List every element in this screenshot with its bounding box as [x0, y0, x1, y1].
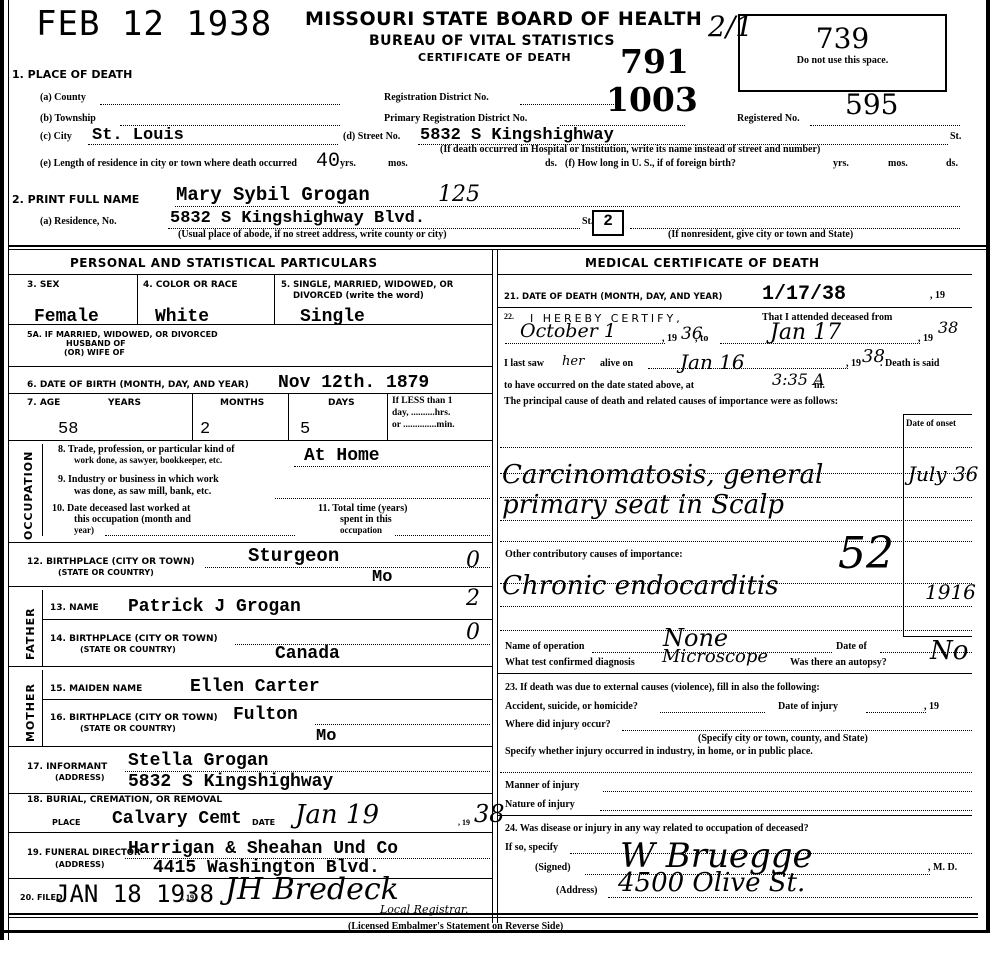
md-label: , M. D.	[928, 862, 957, 873]
residence-value: 5832 S Kingshighway Blvd.	[170, 209, 425, 228]
alive-on-field[interactable]	[648, 368, 848, 369]
total-time-label-2: spent in this	[340, 514, 392, 525]
to-label: , to	[695, 333, 708, 344]
row-line	[497, 673, 972, 674]
external-label: 23. If death was due to external causes …	[505, 682, 820, 693]
spouse-label-1: 5A. IF MARRIED, WIDOWED, OR DIVORCED	[27, 330, 218, 339]
city-label: (c) City	[40, 131, 72, 142]
last-worked-field[interactable]	[105, 535, 295, 536]
specify-label: Specify whether injury occurred in indus…	[505, 746, 813, 757]
last-worked-label-1: 10. Date deceased last worked at	[52, 503, 190, 514]
director-address-label: (ADDRESS)	[55, 860, 105, 869]
residence-box: 2	[592, 210, 624, 236]
registered-no-field[interactable]	[810, 125, 960, 126]
birthplace-city: Sturgeon	[248, 545, 339, 567]
mother-bracket	[42, 670, 43, 746]
reg-district-field[interactable]	[520, 104, 620, 105]
cell-divider	[137, 274, 138, 324]
attended-to-year: 38	[938, 318, 958, 337]
us-years-unit: yrs.	[833, 158, 849, 169]
registered-no-label: Registered No.	[737, 113, 800, 124]
residence-length-label: (e) Length of residence in city or town …	[40, 158, 297, 169]
residence-years-unit: yrs.	[340, 158, 356, 169]
where-label: Where did injury occur?	[505, 719, 611, 730]
time-suffix: m.	[814, 380, 825, 391]
father-code: 2	[466, 586, 480, 611]
specify-field[interactable]	[500, 772, 972, 773]
trade-label-2: work done, as sawyer, bookkeeper, etc.	[74, 455, 222, 465]
township-label: (b) Township	[40, 113, 96, 124]
alive-year-prefix: , 19	[846, 358, 861, 369]
certificate-title: CERTIFICATE OF DEATH	[418, 51, 571, 64]
contributory-onset: 1916	[925, 580, 976, 604]
less-than-label-2: day, ..........hrs.	[392, 408, 450, 418]
occupation-related-label: 24. Was disease or injury in any way rel…	[505, 823, 809, 834]
street-suffix: St.	[950, 131, 961, 142]
father-birthplace-code: 0	[466, 620, 480, 645]
burial-label: 18. BURIAL, CREMATION, OR REMOVAL	[27, 795, 222, 805]
months-label: MONTHS	[220, 398, 264, 408]
age-days: 5	[300, 420, 310, 439]
director-label: 19. FUNERAL DIRECTOR	[27, 848, 141, 858]
last-worked-label-3: year)	[74, 525, 94, 535]
left-border	[0, 0, 4, 940]
medical-section-title: MEDICAL CERTIFICATE OF DEATH	[585, 256, 820, 270]
father-name-value: Patrick J Grogan	[128, 597, 301, 617]
dob-value: Nov 12th. 1879	[278, 373, 429, 393]
burial-place-value: Calvary Cemt	[112, 809, 242, 829]
manner-field[interactable]	[603, 791, 972, 792]
registrar-signature: JH Bredeck	[225, 872, 399, 907]
total-time-label-1: 11. Total time (years)	[318, 503, 407, 514]
full-name-field[interactable]	[175, 206, 960, 207]
occupation-side-label: OCCUPATION	[22, 451, 35, 540]
race-label: 4. COLOR OR RACE	[143, 280, 238, 290]
street-value: 5832 S Kingshighway	[420, 126, 614, 145]
to-year-prefix: , 19	[918, 333, 933, 344]
place-of-death-label: 1. PLACE OF DEATH	[12, 68, 132, 81]
residence-label: (a) Residence, No.	[40, 216, 117, 227]
reg-district-label: Registration District No.	[384, 92, 489, 103]
cause-line[interactable]	[500, 541, 972, 542]
occupation-bracket	[42, 444, 43, 536]
alive-on-label: alive on	[600, 358, 633, 369]
where-note: (Specify city or town, county, and State…	[698, 733, 868, 744]
informant-address-label: (ADDRESS)	[55, 773, 105, 782]
row-line	[497, 815, 972, 816]
city-value: St. Louis	[92, 126, 184, 145]
county-field[interactable]	[100, 104, 340, 105]
cause-onset: July 36	[908, 462, 978, 486]
received-stamp: FEB 12 1938	[36, 4, 272, 44]
dod-suffix: , 19	[930, 290, 945, 301]
autopsy-value: No	[930, 636, 968, 666]
mother-name-label: 15. MAIDEN NAME	[50, 684, 142, 694]
row-line	[8, 393, 492, 394]
from-year-prefix: , 19	[662, 333, 677, 344]
trade-value: At Home	[304, 446, 380, 466]
filed-year-prefix: , 19	[182, 893, 194, 902]
where-field[interactable]	[622, 730, 972, 731]
footer-note: (Licensed Embalmer's Statement on Revers…	[348, 921, 563, 932]
injury-date-field[interactable]	[866, 712, 926, 713]
father-bracket	[42, 590, 43, 666]
industry-label-1: 9. Industry or business in which work	[58, 474, 219, 485]
right-border	[986, 0, 990, 930]
burial-year-value: 38	[474, 800, 505, 828]
row-line	[8, 440, 492, 441]
document-title: MISSOURI STATE BOARD OF HEALTH	[305, 8, 702, 30]
physician-address: 4500 Olive St.	[618, 868, 805, 898]
residence-length-value: 40	[316, 150, 340, 173]
informant-value: Stella Grogan	[128, 751, 268, 771]
informant-label: 17. INFORMANT	[27, 762, 107, 772]
less-than-label-3: or ..............min.	[392, 420, 455, 430]
reg-district-value: 1003	[606, 80, 698, 119]
less-than-label-1: If LESS than 1	[392, 396, 452, 406]
burial-date-label: DATE	[252, 818, 275, 827]
row-line	[497, 274, 972, 275]
section-divider	[8, 245, 986, 247]
name-code: 125	[438, 182, 480, 207]
director-value: Harrigan & Sheahan Und Co	[128, 839, 398, 859]
trade-label-1: 8. Trade, profession, or particular kind…	[58, 444, 235, 455]
nature-field[interactable]	[600, 810, 972, 811]
row-line	[8, 324, 492, 325]
autopsy-label: Was there an autopsy?	[790, 657, 887, 668]
cause-line[interactable]	[500, 447, 972, 448]
file-number: 791	[620, 42, 689, 81]
row-line	[8, 832, 492, 833]
marital-label-2: DIVORCED (write the word)	[293, 291, 424, 301]
registered-no-value: 595	[845, 88, 898, 121]
signed-label: (Signed)	[535, 862, 571, 873]
operation-date-label: Date of	[836, 641, 867, 652]
street-label: (d) Street No.	[343, 131, 400, 142]
contributory-label: Other contributory causes of importance:	[505, 549, 683, 560]
father-side-label: FATHER	[24, 607, 37, 660]
dob-label: 6. DATE OF BIRTH (MONTH, DAY, AND YEAR)	[27, 380, 249, 390]
primary-district-label: Primary Registration District No.	[384, 113, 527, 124]
row-line	[8, 274, 492, 275]
full-name-value: Mary Sybil Grogan	[176, 184, 370, 206]
burial-place-label: PLACE	[52, 818, 81, 827]
cell-divider	[274, 274, 275, 324]
burial-date-value: Jan 19	[295, 800, 379, 830]
reserved-box-label: Do not use this space.	[740, 55, 945, 66]
diagnosis-value: Microscope	[662, 646, 768, 667]
years-label: YEARS	[108, 398, 141, 408]
alive-on-value: Jan 16	[680, 350, 745, 374]
dod-label: 21. DATE OF DEATH (MONTH, DAY, AND YEAR)	[504, 292, 722, 302]
mother-birthplace-label-1: 16. BIRTHPLACE (CITY OR TOWN)	[50, 713, 218, 723]
cell-divider	[387, 393, 388, 440]
manner-label: Manner of injury	[505, 780, 579, 791]
reserved-box-number: 739	[740, 22, 945, 55]
residence-months-unit: mos.	[388, 158, 408, 169]
nature-label: Nature of injury	[505, 799, 575, 810]
us-length-label: (f) How long in U. S., if of foreign bir…	[565, 158, 736, 169]
burial-year-prefix: , 19	[458, 818, 470, 827]
address-field[interactable]	[608, 897, 972, 898]
industry-label-2: was done, as saw mill, bank, etc.	[74, 486, 211, 497]
marital-label-1: 5. SINGLE, MARRIED, WIDOWED, OR	[281, 280, 453, 290]
mother-name-value: Ellen Carter	[190, 677, 320, 697]
mother-birthplace-state: Mo	[316, 727, 336, 746]
occurred-label: to have occurred on the date stated abov…	[504, 380, 694, 391]
principal-cause-label: The principal cause of death and related…	[504, 396, 838, 407]
row-line	[8, 366, 492, 367]
row-line	[8, 586, 492, 587]
father-name-label: 13. NAME	[50, 603, 99, 613]
institution-note: (If death occurred in Hospital or Instit…	[440, 144, 820, 155]
cell-divider	[192, 393, 193, 440]
dod-value: 1/17/38	[762, 283, 846, 306]
row-line	[8, 746, 492, 747]
age-years: 58	[58, 420, 78, 439]
days-label: DAYS	[328, 398, 355, 408]
onset-header-line	[903, 414, 972, 415]
cause-line[interactable]	[500, 520, 972, 521]
attended-to-field[interactable]	[720, 343, 920, 344]
cause-line[interactable]	[500, 606, 972, 607]
row-line	[8, 666, 492, 667]
left-inner-border	[8, 0, 9, 940]
address-label: (Address)	[556, 885, 597, 896]
us-days-unit: ds.	[946, 158, 958, 169]
operation-label: Name of operation	[505, 641, 584, 652]
injury-date-suffix: , 19	[924, 701, 939, 712]
total-time-field[interactable]	[395, 535, 490, 536]
footer-line-2	[8, 917, 978, 918]
city-field[interactable]	[88, 144, 338, 145]
father-birthplace-label-1: 14. BIRTHPLACE (CITY OR TOWN)	[50, 634, 218, 644]
onset-header: Date of onset	[906, 418, 956, 428]
birthplace-code: 0	[466, 548, 480, 573]
row-line	[8, 793, 492, 794]
last-worked-label-2: this occupation (month and	[74, 514, 191, 525]
certify-number: 22.	[504, 312, 514, 321]
county-label: (a) County	[40, 92, 86, 103]
father-birthplace-label-2: (STATE OR COUNTRY)	[80, 645, 176, 654]
mother-birthplace-field[interactable]	[315, 724, 490, 725]
contributory-value: Chronic endocarditis	[502, 571, 779, 601]
attended-to: Jan 17	[770, 320, 841, 345]
row-line	[497, 307, 972, 308]
us-months-unit: mos.	[888, 158, 908, 169]
spouse-label-3: (OR) WIFE OF	[64, 348, 125, 357]
nonresident-note: (If nonresident, give city or town and S…	[668, 229, 853, 240]
footer-line	[8, 913, 978, 915]
trade-field[interactable]	[294, 466, 490, 467]
last-saw-pronoun: her	[562, 354, 584, 369]
mother-side-label: MOTHER	[24, 683, 37, 742]
residence-days-unit: ds.	[545, 158, 557, 169]
mother-birthplace-city: Fulton	[233, 705, 298, 725]
informant-address-value: 5832 S Kingshighway	[128, 772, 333, 792]
accident-label: Accident, suicide, or homicide?	[505, 701, 638, 712]
accident-field[interactable]	[660, 712, 765, 713]
cell-divider	[288, 393, 289, 440]
cause-line-2: primary seat in Scalp	[502, 490, 784, 520]
age-label: 7. AGE	[27, 398, 60, 408]
row-line	[42, 619, 492, 620]
reserved-box: 739 Do not use this space.	[738, 14, 947, 92]
full-name-label: 2. PRINT FULL NAME	[12, 193, 139, 206]
industry-field[interactable]	[275, 498, 490, 499]
birthplace-label-1: 12. BIRTHPLACE (CITY OR TOWN)	[27, 557, 195, 567]
death-said-label: . Death is said	[880, 358, 939, 369]
cause-code: 52	[838, 528, 894, 579]
spouse-label-2: HUSBAND OF	[66, 339, 126, 348]
personal-section-title: PERSONAL AND STATISTICAL PARTICULARS	[70, 256, 378, 270]
birthplace-state: Mo	[372, 568, 392, 587]
mother-birthplace-label-2: (STATE OR COUNTRY)	[80, 724, 176, 733]
injury-date-label: Date of injury	[778, 701, 838, 712]
bureau-title: BUREAU OF VITAL STATISTICS	[369, 33, 615, 49]
last-saw-label: I last saw	[504, 358, 544, 369]
cause-line[interactable]	[500, 630, 972, 631]
sex-label: 3. SEX	[27, 280, 59, 290]
birthplace-label-2: (STATE OR COUNTRY)	[58, 568, 154, 577]
diagnosis-label: What test confirmed diagnosis	[505, 657, 635, 668]
total-time-label-3: occupation	[340, 525, 382, 535]
row-line	[42, 699, 492, 700]
birthplace-city-field[interactable]	[205, 567, 490, 568]
residence-note: (Usual place of abode, if no street addr…	[178, 229, 447, 240]
row-line	[8, 542, 492, 543]
attended-from: October 1	[520, 320, 616, 342]
father-birthplace-field[interactable]	[235, 644, 490, 645]
father-birthplace-value: Canada	[275, 644, 340, 664]
cause-line-1: Carcinomatosis, general	[502, 460, 823, 490]
if-so-label: If so, specify	[505, 842, 558, 853]
attended-from-field[interactable]	[505, 343, 665, 344]
age-months: 2	[200, 420, 210, 439]
